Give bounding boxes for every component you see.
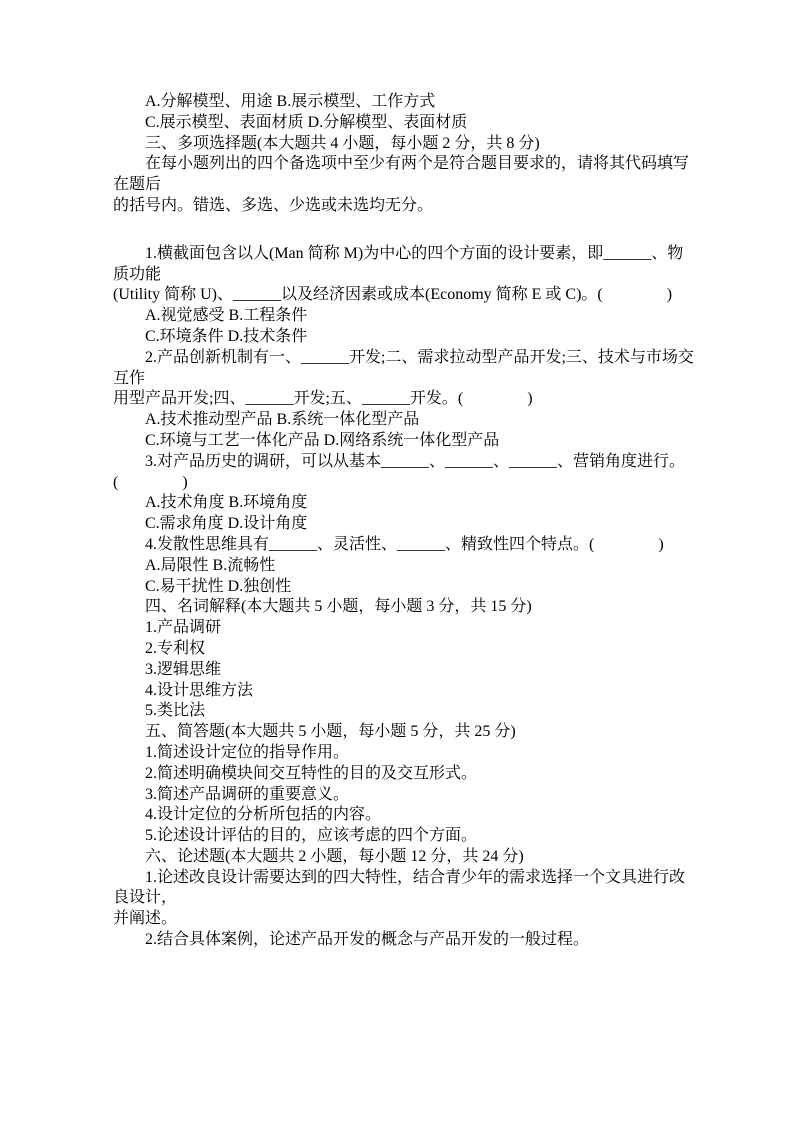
text-line: C.环境与工艺一体化产品 D.网络系统一体化型产品 bbox=[113, 431, 695, 452]
text-line: 4.发散性思维具有______、灵活性、______、精致性四个特点。( ) bbox=[113, 535, 695, 556]
text-line: (Utility 简称 U)、______以及经济因素或成本(Economy 简… bbox=[113, 285, 695, 306]
text-line: 五、简答题(本大题共 5 小题，每小题 5 分，共 25 分) bbox=[113, 722, 695, 743]
text-line: 2.简述明确模块间交互特性的目的及交互形式。 bbox=[113, 764, 695, 785]
text-line: C.需求角度 D.设计角度 bbox=[113, 514, 695, 535]
blank-line bbox=[113, 217, 695, 244]
text-line: 3.简述产品调研的重要意义。 bbox=[113, 785, 695, 806]
text-line: 1.产品调研 bbox=[113, 618, 695, 639]
text-line: 1.简述设计定位的指导作用。 bbox=[113, 743, 695, 764]
text-line: 1.横截面包含以人(Man 简称 M)为中心的四个方面的设计要素，即______… bbox=[113, 244, 695, 286]
text-line: 三、多项选择题(本大题共 4 小题，每小题 2 分，共 8 分) bbox=[113, 134, 695, 155]
text-line: 5.论述设计评估的目的，应该考虑的四个方面。 bbox=[113, 826, 695, 847]
text-line: 1.论述改良设计需要达到的四大特性，结合青少年的需求选择一个文具进行改良设计， bbox=[113, 868, 695, 910]
exam-page: A.分解模型、用途 B.展示模型、工作方式C.展示模型、表面材质 D.分解模型、… bbox=[0, 0, 794, 1123]
text-line: 5.类比法 bbox=[113, 701, 695, 722]
text-line: 2.专利权 bbox=[113, 639, 695, 660]
text-line: A.视觉感受 B.工程条件 bbox=[113, 306, 695, 327]
text-line: 4.设计定位的分析所包括的内容。 bbox=[113, 805, 695, 826]
text-line: 用型产品开发;四、______开发;五、______开发。( ) bbox=[113, 389, 695, 410]
text-line: A.技术推动型产品 B.系统一体化型产品 bbox=[113, 410, 695, 431]
text-line: 3.对产品历史的调研，可以从基本______、______、______、营销角… bbox=[113, 452, 695, 494]
text-line: C.展示模型、表面材质 D.分解模型、表面材质 bbox=[113, 113, 695, 134]
text-line: 在每小题列出的四个备选项中至少有两个是符合题目要求的，请将其代码填写在题后 bbox=[113, 154, 695, 196]
text-line: 六、论述题(本大题共 2 小题，每小题 12 分，共 24 分) bbox=[113, 847, 695, 868]
text-line: 的括号内。错选、多选、少选或未选均无分。 bbox=[113, 196, 695, 217]
exam-text-body: A.分解模型、用途 B.展示模型、工作方式C.展示模型、表面材质 D.分解模型、… bbox=[113, 92, 695, 951]
text-line: C.易干扰性 D.独创性 bbox=[113, 577, 695, 598]
text-line: A.分解模型、用途 B.展示模型、工作方式 bbox=[113, 92, 695, 113]
text-line: 2.结合具体案例，论述产品开发的概念与产品开发的一般过程。 bbox=[113, 930, 695, 951]
text-line: 3.逻辑思维 bbox=[113, 660, 695, 681]
text-line: 4.设计思维方法 bbox=[113, 681, 695, 702]
text-line: 2.产品创新机制有一、______开发;二、需求拉动型产品开发;三、技术与市场交… bbox=[113, 348, 695, 390]
text-line: 并阐述。 bbox=[113, 909, 695, 930]
text-line: A.局限性 B.流畅性 bbox=[113, 556, 695, 577]
text-line: A.技术角度 B.环境角度 bbox=[113, 493, 695, 514]
text-line: 四、名词解释(本大题共 5 小题，每小题 3 分，共 15 分) bbox=[113, 597, 695, 618]
text-line: C.环境条件 D.技术条件 bbox=[113, 327, 695, 348]
